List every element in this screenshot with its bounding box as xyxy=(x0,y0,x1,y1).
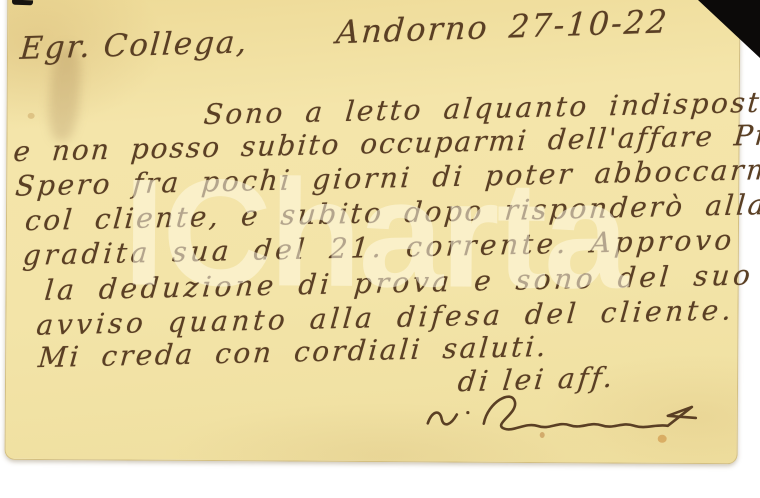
scanned-postcard-page: Andorno 27-10-22 Egr. Collega, Sono a le… xyxy=(0,0,760,498)
signature-ink xyxy=(420,383,720,445)
postcard-paper: Andorno 27-10-22 Egr. Collega, Sono a le… xyxy=(5,0,741,464)
scan-edge-mark xyxy=(12,0,33,5)
paper-stain xyxy=(28,113,35,119)
signature-flourish xyxy=(420,383,720,445)
date-line: Andorno 27-10-22 xyxy=(335,2,670,51)
salutation: Egr. Collega, xyxy=(19,24,250,67)
